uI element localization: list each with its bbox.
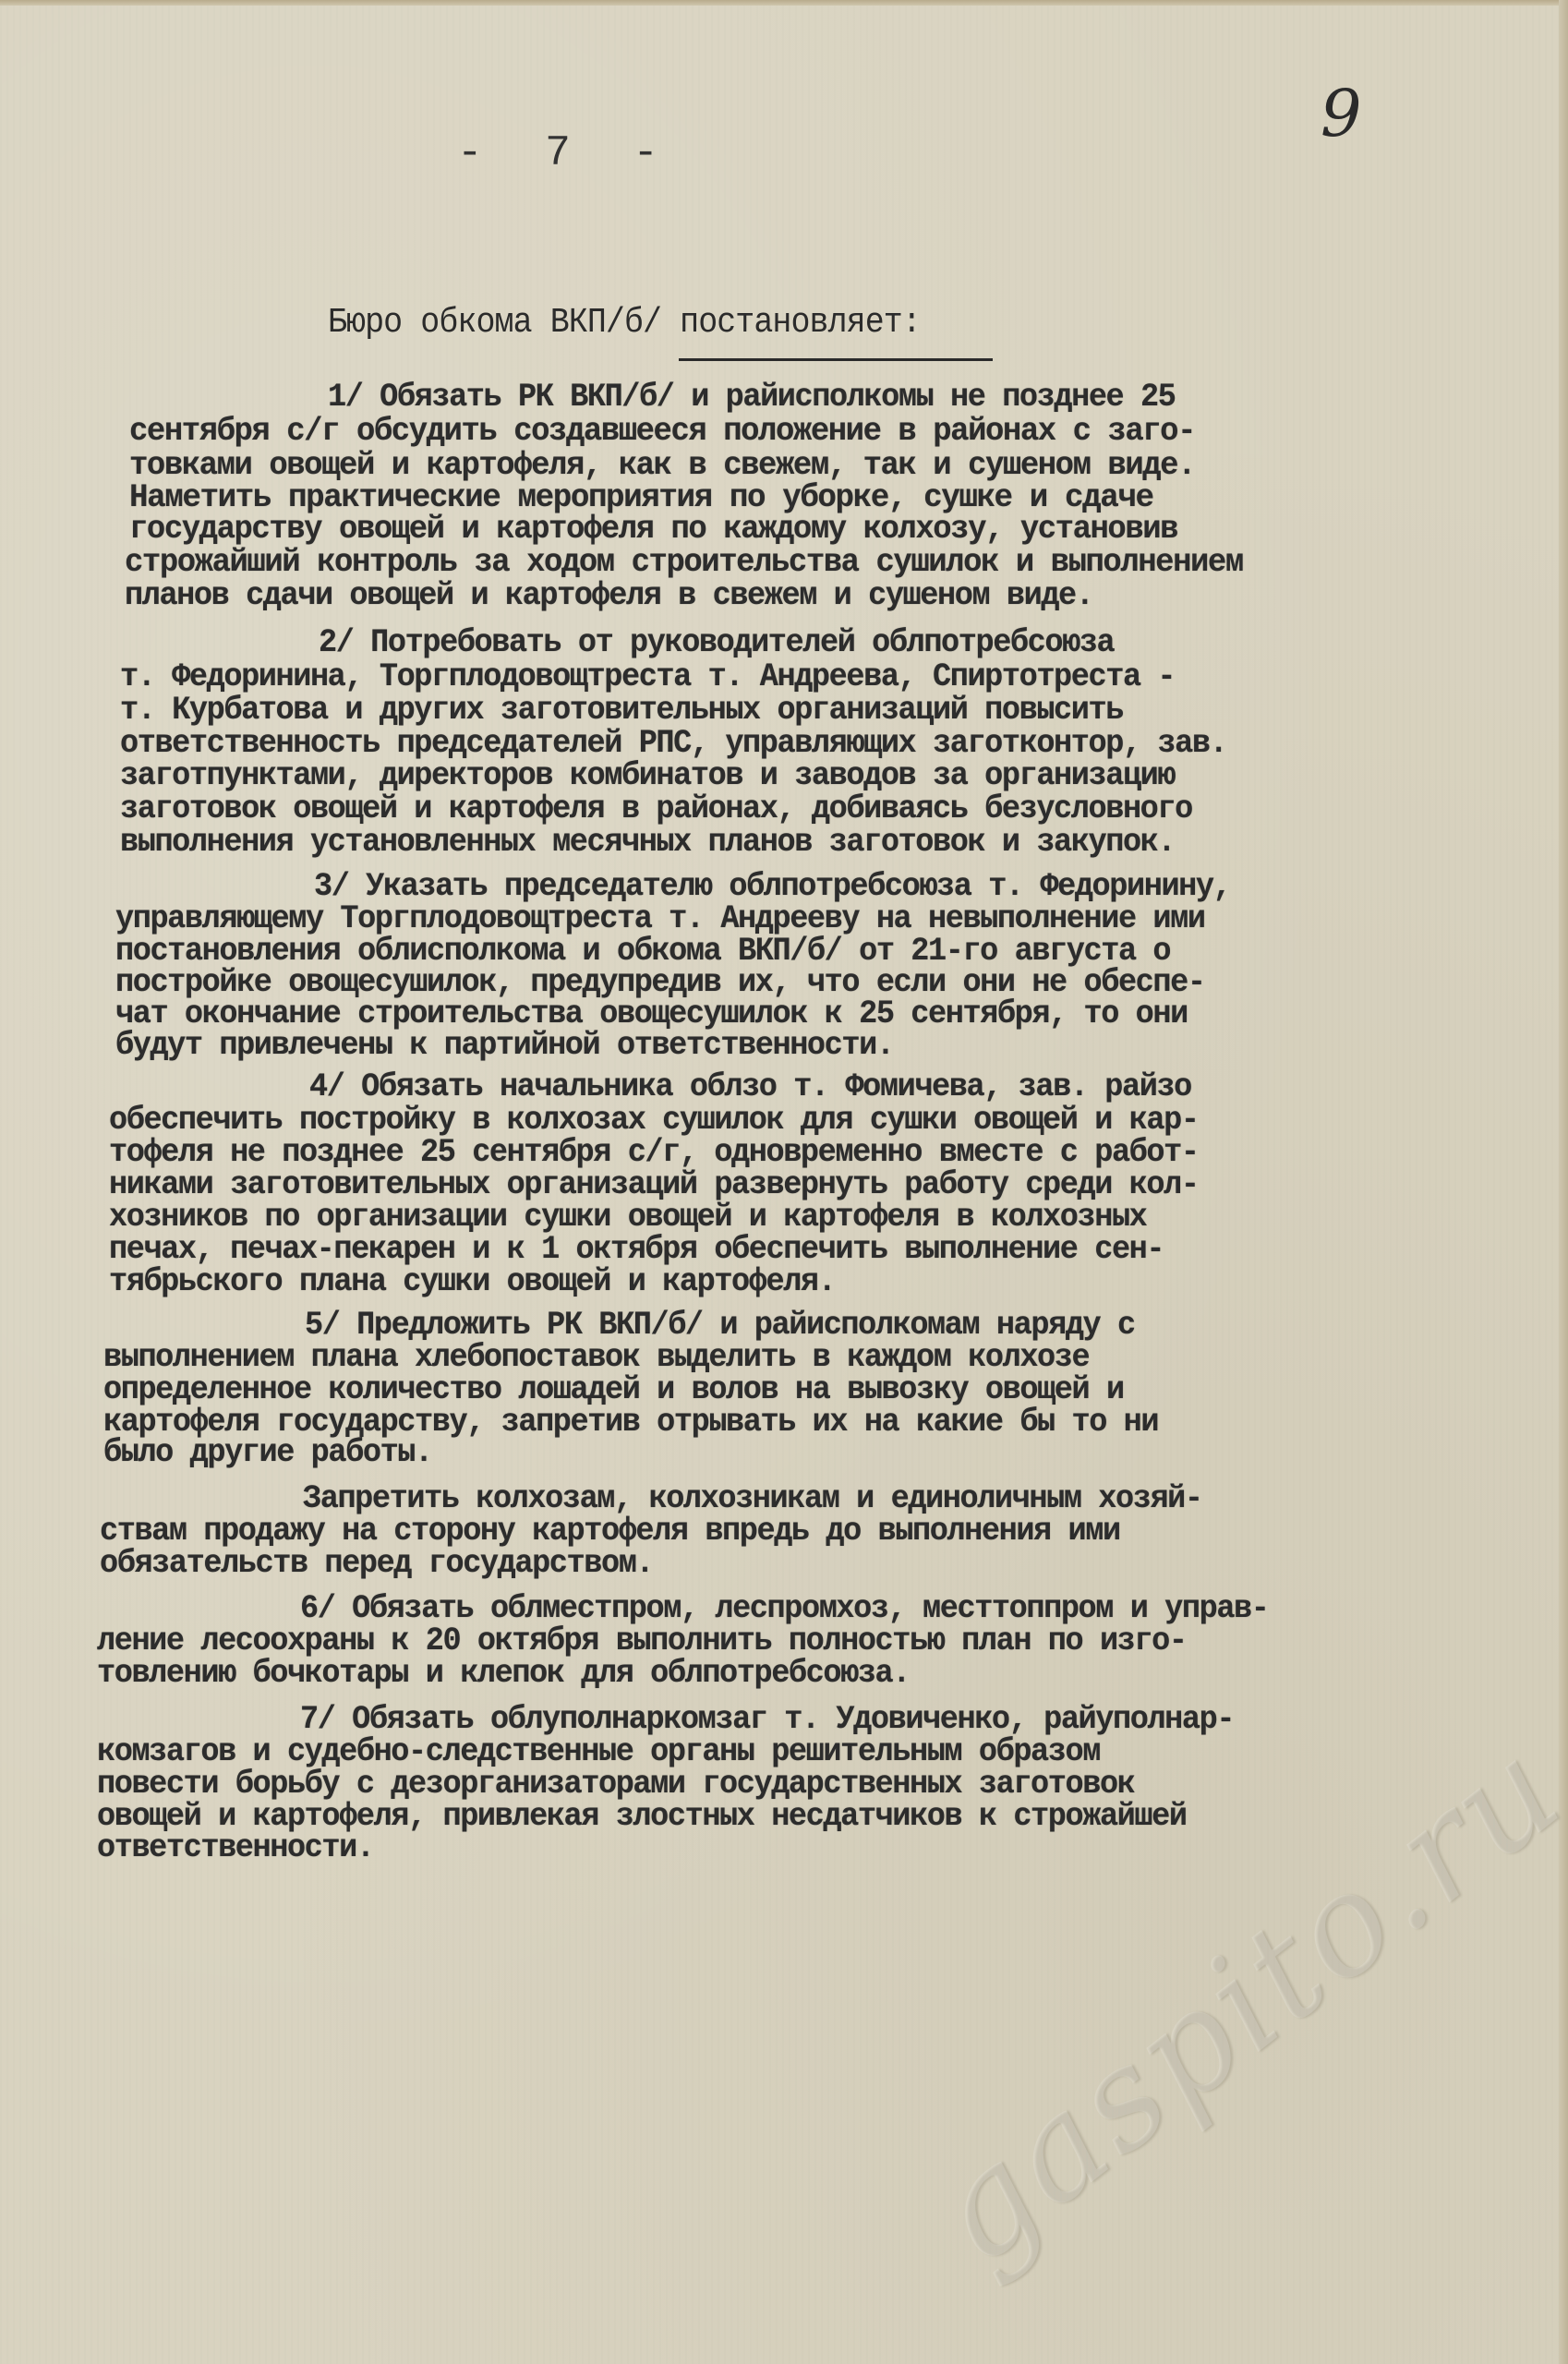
- paragraph-2-line: заготовок овощей и картофеля в районах, …: [120, 790, 1192, 827]
- paragraph-6-line: ление лесоохраны к 20 октября выполнить …: [97, 1622, 1187, 1659]
- paragraph-4-line: хозников по организации сушки овощей и к…: [109, 1199, 1146, 1236]
- paragraph-6-line: 6/ Обязать облместпром, леспромхоз, мест…: [300, 1590, 1269, 1627]
- paragraph-2-line: т. Федоринина, Торгплодовощтреста т. Анд…: [120, 658, 1175, 695]
- paragraph-7-line: ответственности.: [97, 1829, 374, 1866]
- paragraph-2-line: выполнения установленных месячных планов…: [120, 824, 1175, 861]
- paragraph-4-line: обеспечить постройку в колхозах сушилок …: [109, 1102, 1199, 1139]
- paragraph-7-line: повести борьбу с дезорганизаторами госуд…: [97, 1766, 1134, 1803]
- archive-sheet-number: 9: [1321, 76, 1362, 151]
- paper-top-edge: [0, 0, 1568, 6]
- paragraph-1-line: сентября с/г обсудить создавшееся положе…: [129, 413, 1195, 450]
- paragraph-5-line: было другие работы.: [103, 1434, 432, 1471]
- page-number: - 7 -: [457, 129, 677, 177]
- paragraph-2-line: 2/ Потребовать от руководителей облпотре…: [319, 624, 1114, 661]
- paragraph-4-line: никами заготовительных организаций разве…: [109, 1166, 1199, 1203]
- paragraph-prohibition-line: ствам продажу на сторону картофеля впред…: [100, 1513, 1120, 1550]
- paragraph-4-line: 4/ Обязать начальника облзо т. Фомичева,…: [309, 1068, 1191, 1105]
- paragraph-7-line: комзагов и судебно-следственные органы р…: [97, 1733, 1100, 1770]
- paragraph-4-line: тябрьского плана сушки овощей и картофел…: [109, 1263, 835, 1300]
- paragraph-5-line: определенное количество лошадей и волов …: [103, 1371, 1124, 1408]
- paragraph-1-line: строжайший контроль за ходом строительст…: [125, 544, 1243, 581]
- paragraph-1-line: товками овощей и картофеля, как в свежем…: [129, 447, 1195, 484]
- paragraph-5-line: 5/ Предложить РК ВКП/б/ и райисполкомам …: [305, 1307, 1135, 1344]
- resolution-heading: Бюро обкома ВКП/б/ постановляет:: [328, 303, 921, 343]
- paragraph-2-line: т. Курбатова и других заготовительных ор…: [120, 692, 1123, 729]
- paragraph-2-line: ответственность председателей РПС, управ…: [120, 725, 1226, 762]
- paragraph-1-line: планов сдачи овощей и картофеля в свежем…: [125, 577, 1093, 614]
- paragraph-7-line: 7/ Обязать облуполнаркомзаг т. Удовиченк…: [300, 1701, 1234, 1738]
- paragraph-3-line: 3/ Указать председателю облпотребсоюза т…: [314, 868, 1230, 905]
- paragraph-prohibition-line: Запретить колхозам, колхозникам и единол…: [303, 1480, 1202, 1517]
- paragraph-1-line: 1/ Обязать РК ВКП/б/ и райисполкомы не п…: [328, 379, 1175, 416]
- heading-underline: [679, 358, 993, 361]
- paragraph-3-line: будут привлечены к партийной ответственн…: [115, 1027, 894, 1064]
- paragraph-2-line: заготпунктами, директоров комбинатов и з…: [120, 757, 1175, 794]
- paragraph-6-line: товлению бочкотары и клепок для облпотре…: [97, 1655, 910, 1692]
- paragraph-4-line: печах, печах-пекарен и к 1 октября обесп…: [109, 1231, 1164, 1268]
- paragraph-4-line: тофеля не позднее 25 сентября с/г, однов…: [109, 1134, 1199, 1171]
- paragraph-5-line: выполнением плана хлебопоставок выделить…: [103, 1339, 1089, 1376]
- paragraph-3-line: управляющему Торгплодовощтреста т. Андре…: [115, 900, 1205, 937]
- paragraph-prohibition-line: обязательств перед государством.: [100, 1545, 653, 1582]
- paper-right-edge: [1559, 0, 1568, 2364]
- paragraph-1-line: государству овощей и картофеля по каждом…: [129, 511, 1177, 548]
